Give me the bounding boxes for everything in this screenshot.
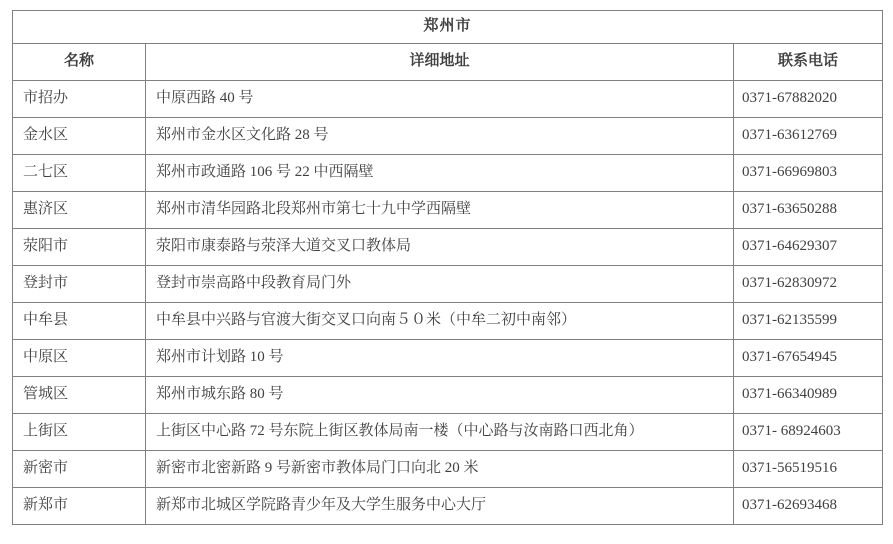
address-cell: 新郑市北城区学院路青少年及大学生服务中心大厅	[146, 488, 734, 525]
address-cell: 郑州市政通路 106 号 22 中西隔壁	[146, 155, 734, 192]
table-row: 上街区上街区中心路 72 号东院上街区教体局南一楼（中心路与汝南路口西北角）03…	[13, 414, 883, 451]
address-cell: 郑州市金水区文化路 28 号	[146, 118, 734, 155]
table-row: 市招办中原西路 40 号0371-67882020	[13, 81, 883, 118]
table-header-row: 名称 详细地址 联系电话	[13, 44, 883, 81]
phone-cell: 0371-66969803	[734, 155, 883, 192]
table-row: 新郑市新郑市北城区学院路青少年及大学生服务中心大厅0371-62693468	[13, 488, 883, 525]
phone-cell: 0371-62135599	[734, 303, 883, 340]
phone-cell: 0371-63650288	[734, 192, 883, 229]
phone-cell: 0371-67882020	[734, 81, 883, 118]
phone-cell: 0371- 68924603	[734, 414, 883, 451]
table-row: 管城区郑州市城东路 80 号0371-66340989	[13, 377, 883, 414]
address-cell: 郑州市清华园路北段郑州市第七十九中学西隔壁	[146, 192, 734, 229]
name-cell: 惠济区	[13, 192, 146, 229]
table-row: 登封市登封市崇高路中段教育局门外0371-62830972	[13, 266, 883, 303]
table-row: 中牟县中牟县中兴路与官渡大街交叉口向南５０米（中牟二初中南邻）0371-6213…	[13, 303, 883, 340]
address-cell: 荥阳市康泰路与荥泽大道交叉口教体局	[146, 229, 734, 266]
name-cell: 上街区	[13, 414, 146, 451]
table-row: 新密市新密市北密新路 9 号新密市教体局门口向北 20 米0371-565195…	[13, 451, 883, 488]
name-cell: 中原区	[13, 340, 146, 377]
phone-cell: 0371-62830972	[734, 266, 883, 303]
table-row: 荥阳市荥阳市康泰路与荥泽大道交叉口教体局0371-64629307	[13, 229, 883, 266]
table-row: 惠济区郑州市清华园路北段郑州市第七十九中学西隔壁0371-63650288	[13, 192, 883, 229]
table-row: 金水区郑州市金水区文化路 28 号0371-63612769	[13, 118, 883, 155]
address-cell: 上街区中心路 72 号东院上街区教体局南一楼（中心路与汝南路口西北角）	[146, 414, 734, 451]
phone-cell: 0371-63612769	[734, 118, 883, 155]
city-title: 郑州市	[13, 11, 883, 44]
name-cell: 管城区	[13, 377, 146, 414]
name-cell: 市招办	[13, 81, 146, 118]
column-header-address: 详细地址	[146, 44, 734, 81]
address-cell: 登封市崇高路中段教育局门外	[146, 266, 734, 303]
name-cell: 金水区	[13, 118, 146, 155]
address-cell: 中原西路 40 号	[146, 81, 734, 118]
phone-cell: 0371-56519516	[734, 451, 883, 488]
name-cell: 新密市	[13, 451, 146, 488]
table-body: 市招办中原西路 40 号0371-67882020金水区郑州市金水区文化路 28…	[13, 81, 883, 525]
column-header-name: 名称	[13, 44, 146, 81]
address-cell: 郑州市计划路 10 号	[146, 340, 734, 377]
phone-cell: 0371-62693468	[734, 488, 883, 525]
table-title-row: 郑州市	[13, 11, 883, 44]
address-cell: 新密市北密新路 9 号新密市教体局门口向北 20 米	[146, 451, 734, 488]
name-cell: 荥阳市	[13, 229, 146, 266]
name-cell: 新郑市	[13, 488, 146, 525]
contact-table: 郑州市 名称 详细地址 联系电话 市招办中原西路 40 号0371-678820…	[12, 10, 883, 525]
page: 郑州市 名称 详细地址 联系电话 市招办中原西路 40 号0371-678820…	[0, 0, 893, 544]
table-row: 二七区郑州市政通路 106 号 22 中西隔壁0371-66969803	[13, 155, 883, 192]
address-cell: 郑州市城东路 80 号	[146, 377, 734, 414]
column-header-phone: 联系电话	[734, 44, 883, 81]
phone-cell: 0371-67654945	[734, 340, 883, 377]
address-cell: 中牟县中兴路与官渡大街交叉口向南５０米（中牟二初中南邻）	[146, 303, 734, 340]
phone-cell: 0371-64629307	[734, 229, 883, 266]
name-cell: 中牟县	[13, 303, 146, 340]
name-cell: 登封市	[13, 266, 146, 303]
phone-cell: 0371-66340989	[734, 377, 883, 414]
name-cell: 二七区	[13, 155, 146, 192]
table-row: 中原区郑州市计划路 10 号0371-67654945	[13, 340, 883, 377]
